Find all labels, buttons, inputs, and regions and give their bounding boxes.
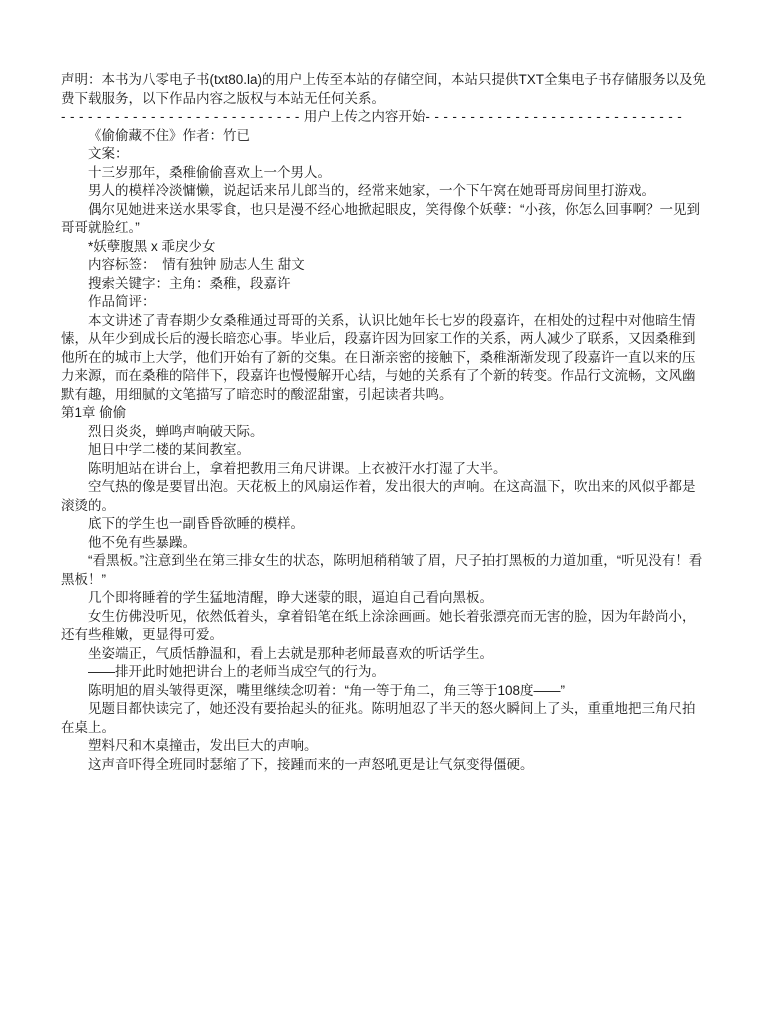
separator-dashes-left: --------------------------- [61, 109, 304, 124]
document-page: 声明：本书为八零电子书(txt80.la)的用户上传至本站的存储空间，本站只提供… [0, 0, 768, 1024]
review-label: 作品简评： [61, 293, 708, 312]
synopsis-paragraph: 偶尔见她进来送水果零食，也只是漫不经心地掀起眼皮，笑得像个妖孽：“小孩，你怎么回… [61, 201, 708, 238]
chapter-paragraph: ——排开此时她把讲台上的老师当成空气的行为。 [61, 663, 708, 682]
synopsis-paragraph: 男人的模样冷淡慵懒，说起话来吊儿郎当的，经常来她家，一个下午窝在她哥哥房间里打游… [61, 182, 708, 201]
chapter-paragraph: 见题目都快读完了，她还没有要抬起头的征兆。陈明旭忍了半天的怒火瞬间上了头，重重地… [61, 700, 708, 737]
chapter-paragraph: 旭日中学二楼的某间教室。 [61, 441, 708, 460]
pairing-line: *妖孽腹黑 x 乖戾少女 [61, 238, 708, 257]
keywords-line: 搜索关键字：主角：桑稚，段嘉许 [61, 275, 708, 294]
chapter-paragraph: 几个即将睡着的学生猛地清醒，睁大迷蒙的眼，逼迫自己看向黑板。 [61, 589, 708, 608]
separator-label: 用户上传之内容开始 [304, 109, 426, 124]
content-start-separator: ---------------------------用户上传之内容开始----… [61, 108, 708, 127]
chapter-paragraph: 陈明旭站在讲台上，拿着把教用三角尺讲课。上衣被汗水打湿了大半。 [61, 460, 708, 479]
chapter-paragraph: 这声音吓得全班同时瑟缩了下，接踵而来的一声怒吼更是让气氛变得僵硬。 [61, 756, 708, 775]
chapter-paragraph: 底下的学生也一副昏昏欲睡的模样。 [61, 515, 708, 534]
chapter-paragraph: 他不免有些暴躁。 [61, 534, 708, 553]
tags-line: 内容标签： 情有独钟 励志人生 甜文 [61, 256, 708, 275]
separator-dashes-right: ----------------------------- [425, 109, 686, 124]
book-title-line: 《偷偷藏不住》作者：竹已 [61, 127, 708, 146]
chapter-paragraph: 塑料尺和木桌撞击，发出巨大的声响。 [61, 737, 708, 756]
chapter-paragraph: “看黑板。”注意到坐在第三排女生的状态，陈明旭稍稍皱了眉，尺子拍打黑板的力道加重… [61, 552, 708, 589]
synopsis-paragraph: 十三岁那年，桑稚偷偷喜欢上一个男人。 [61, 164, 708, 183]
chapter-paragraph: 女生仿佛没听见，依然低着头，拿着铅笔在纸上涂涂画画。她长着张漂亮而无害的脸，因为… [61, 608, 708, 645]
chapter-paragraph: 坐姿端正，气质恬静温和，看上去就是那种老师最喜欢的听话学生。 [61, 645, 708, 664]
chapter-heading: 第1章 偷偷 [61, 404, 708, 423]
synopsis-label: 文案： [61, 145, 708, 164]
disclaimer-text: 声明：本书为八零电子书(txt80.la)的用户上传至本站的存储空间，本站只提供… [61, 71, 708, 108]
chapter-paragraph: 陈明旭的眉头皱得更深，嘴里继续念叨着：“角一等于角二，角三等于108度——” [61, 682, 708, 701]
review-paragraph: 本文讲述了青春期少女桑稚通过哥哥的关系，认识比她年长七岁的段嘉许，在相处的过程中… [61, 312, 708, 405]
chapter-paragraph: 烈日炎炎，蝉鸣声响破天际。 [61, 423, 708, 442]
chapter-paragraph: 空气热的像是要冒出泡。天花板上的风扇运作着，发出很大的声响。在这高温下，吹出来的… [61, 478, 708, 515]
